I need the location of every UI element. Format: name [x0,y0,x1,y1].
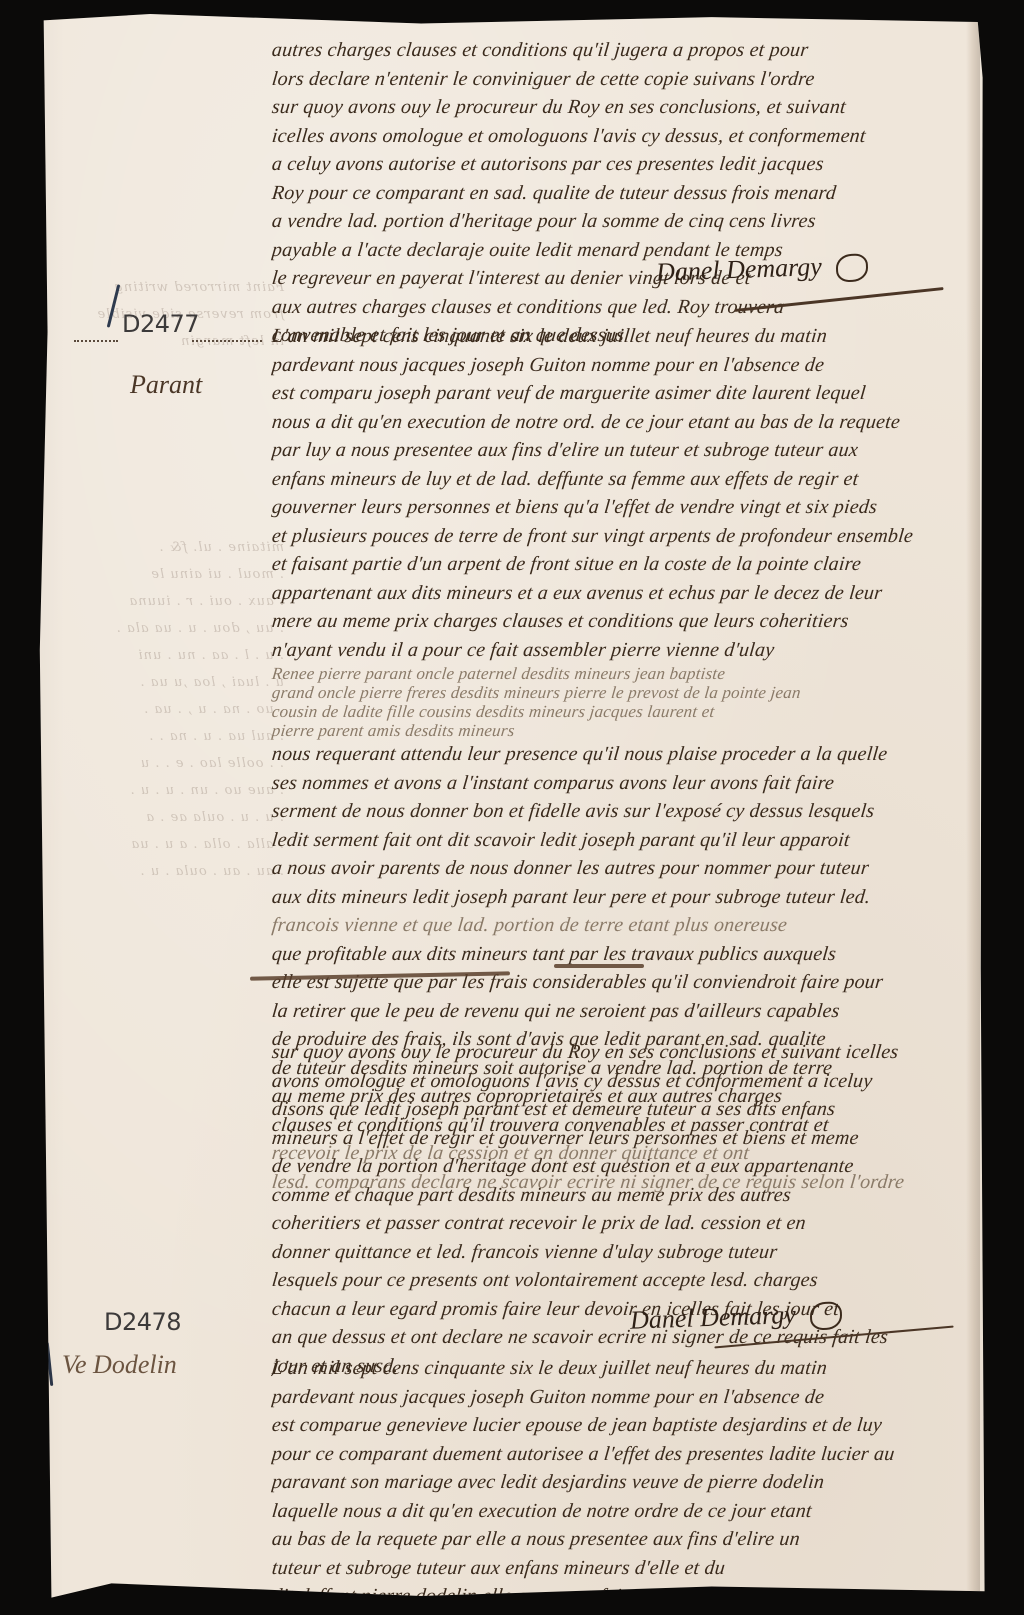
text-line: enfans mineurs de luy et de lad. deffunt… [271,465,994,494]
margin-dotted-leader [74,340,118,342]
text-line: francois vienne et que lad. portion de t… [271,911,994,940]
text-line: lesquels pour ce presents ont volontaire… [271,1266,994,1295]
text-line: donner quittance et led. francois vienne… [271,1238,994,1267]
interlinear-line: cousin de ladite fille cousins desdits m… [271,702,993,721]
manuscript-page: Faint mirrored writing from reverse side… [34,14,1002,1604]
text-line: le regreveur en payerat l'interest au de… [271,264,994,293]
text-line: nous requerant attendu leur presence qu'… [271,740,994,769]
margin-name: Parant [130,370,202,400]
text-line: autres charges clauses et conditions qu'… [271,36,994,65]
entry-D2478: L'an mil sept cens cinquante six le deux… [272,1354,992,1611]
text-line: de vendre la portion d'heritage dont est… [271,1152,994,1181]
text-line: ses nommes et avons a l'instant comparus… [271,769,994,798]
text-line: aux dits mineurs ledit joseph parant leu… [271,883,994,912]
text-line: la retirer que le peu de revenu qui ne s… [271,997,994,1026]
signature-text: Danel Demargy [630,1300,797,1335]
paraphe-flourish-icon [835,253,868,282]
text-line: lors declare n'entenir le conviniguer de… [271,65,994,94]
text-line: coheritiers et passer contrat recevoir l… [271,1209,994,1238]
text-line: pour ce comparant duement autorisee a l'… [271,1440,994,1469]
text-line: est comparu joseph parant veuf de margue… [271,379,994,408]
reverse-bleed-through-2: mitaine . ul. f& . . moul . ui ainu le .… [94,534,284,994]
text-line: paravant son mariage avec ledit desjardi… [271,1468,994,1497]
text-line: sur quoy avons ouy le procureur du Roy e… [271,93,994,122]
signature-text: Danel Demargy [656,252,823,287]
margin-reference-number: D2477 [122,310,199,338]
interlinear-line: grand oncle pierre freres desdits mineur… [271,683,993,702]
text-line: n'ayant vendu il a pour ce fait assemble… [271,636,994,665]
entry-continuation: autres charges clauses et conditions qu'… [272,36,992,350]
text-line: payable a l'acte declaraje ouite ledit m… [271,236,994,265]
margin-tick-mark [46,1342,54,1386]
text-line: ledit serment fait ont dit scavoir ledit… [271,826,994,855]
interlinear-line: Renee pierre parant oncle paternel desdi… [271,664,993,683]
text-line: L'an mil sept cens cinquante six le deux… [271,1354,994,1383]
text-line: et plusieurs pouces de terre de front su… [271,522,994,551]
text-line: sur quoy avons ouy le procureur du Roy e… [271,1038,994,1067]
text-line: a vendre lad. portion d'heritage pour la… [271,207,994,236]
text-line: aux autres charges clauses et conditions… [271,293,994,322]
text-line: est comparue genevieve lucier epouse de … [271,1411,994,1440]
text-line: avons omologue et omologuons l'avis cy d… [271,1067,994,1096]
text-line: L'an mil sept cens cinquante six le deux… [271,322,994,351]
text-line: a celuy avons autorise et autorisons par… [271,150,994,179]
text-line: et faisant partie d'un arpent de front s… [271,550,994,579]
text-line: laquelle nous a dit qu'en execution de n… [271,1497,994,1526]
paraphe-flourish-icon [809,1301,842,1330]
text-line: Roy pour ce comparant en sad. qualite de… [271,179,994,208]
text-line: au bas de la requete par elle a nous pre… [271,1525,994,1554]
text-line: mineurs a l'effet de regir et gouverner … [271,1124,994,1153]
margin-name: Ve Dodelin [62,1350,177,1380]
text-line: mere au meme prix charges clauses et con… [271,607,994,636]
text-line: elle est sujette que par les frais consi… [271,968,994,997]
text-line: gouverner leurs personnes et biens qu'a … [271,493,994,522]
text-line: tuteur et subroge tuteur aux enfans mine… [271,1554,994,1583]
text-line: nous a dit qu'en execution de notre ord.… [271,408,994,437]
text-line: dit deffunt pierre dodelin elle a pour c… [271,1582,994,1611]
text-line: comme et chaque part desdits mineurs au … [271,1181,994,1210]
text-line: serment de nous donner bon et fidelle av… [271,797,994,826]
section-divider-stroke [554,964,644,968]
text-line: par luy a nous presentee aux fins d'elir… [271,436,994,465]
text-line: disons que ledit joseph parant est et de… [271,1095,994,1124]
margin-reference-number: D2478 [104,1308,181,1336]
text-line: a nous avoir parents de nous donner les … [271,854,994,883]
margin-dotted-leader [192,340,262,342]
text-line: pardevant nous jacques joseph Guiton nom… [271,1383,994,1412]
text-line: appartenant aux dits mineurs et a eux av… [271,579,994,608]
text-line: icelles avons omologue et omologuons l'a… [271,122,994,151]
interlinear-line: pierre parent amis desdits mineurs [271,721,993,740]
text-line: pardevant nous jacques joseph Guiton nom… [271,351,994,380]
